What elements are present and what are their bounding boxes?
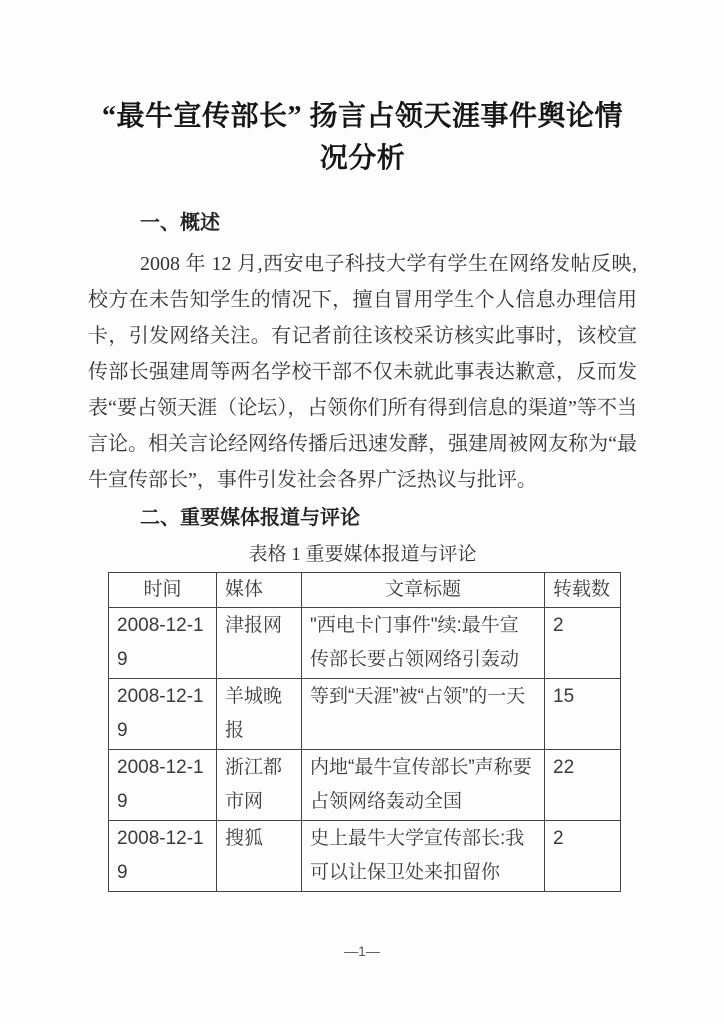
cell-media: 浙江都市网 (217, 750, 302, 821)
page-number: —1— (0, 943, 724, 959)
column-header-time: 时间 (109, 573, 217, 608)
cell-article-title: "西电卡门事件"续:最牛宣传部长要占领网络引轰动 (302, 608, 545, 679)
table-row: 2008-12-19 津报网 "西电卡门事件"续:最牛宣传部长要占领网络引轰动 … (109, 608, 621, 679)
cell-repost-count: 22 (545, 750, 621, 821)
page-title: “最牛宣传部长” 扬言占领天涯事件舆论情况分析 (88, 96, 637, 180)
cell-repost-count: 15 (545, 679, 621, 750)
cell-time: 2008-12-19 (109, 821, 217, 892)
section-heading-overview: 一、概述 (88, 210, 637, 237)
column-header-media: 媒体 (217, 573, 302, 608)
media-report-table: 时间 媒体 文章标题 转载数 2008-12-19 津报网 "西电卡门事件"续:… (108, 572, 621, 892)
table-row: 2008-12-19 浙江都市网 内地“最牛宣传部长”声称要占领网络轰动全国 2… (109, 750, 621, 821)
section-heading-media: 二、重要媒体报道与评论 (88, 505, 637, 532)
table-row: 2008-12-19 羊城晚报 等到“天涯”被“占领”的一天 15 (109, 679, 621, 750)
document-page: “最牛宣传部长” 扬言占领天涯事件舆论情况分析 一、概述 2008 年 12 月… (0, 0, 724, 1024)
cell-article-title: 内地“最牛宣传部长”声称要占领网络轰动全国 (302, 750, 545, 821)
cell-time: 2008-12-19 (109, 679, 217, 750)
cell-repost-count: 2 (545, 608, 621, 679)
table-header-row: 时间 媒体 文章标题 转载数 (109, 573, 621, 608)
overview-paragraph: 2008 年 12 月,西安电子科技大学有学生在网络发帖反映,校方在未告知学生的… (88, 246, 637, 498)
table-row: 2008-12-19 搜狐 史上最牛大学宣传部长:我可以让保卫处来扣留你 2 (109, 821, 621, 892)
cell-article-title: 史上最牛大学宣传部长:我可以让保卫处来扣留你 (302, 821, 545, 892)
cell-media: 搜狐 (217, 821, 302, 892)
table-caption: 表格 1 重要媒体报道与评论 (88, 542, 637, 567)
cell-article-title: 等到“天涯”被“占领”的一天 (302, 679, 545, 750)
column-header-article-title: 文章标题 (302, 573, 545, 608)
cell-media: 津报网 (217, 608, 302, 679)
cell-media: 羊城晚报 (217, 679, 302, 750)
column-header-repost-count: 转载数 (545, 573, 621, 608)
cell-time: 2008-12-19 (109, 750, 217, 821)
cell-time: 2008-12-19 (109, 608, 217, 679)
cell-repost-count: 2 (545, 821, 621, 892)
